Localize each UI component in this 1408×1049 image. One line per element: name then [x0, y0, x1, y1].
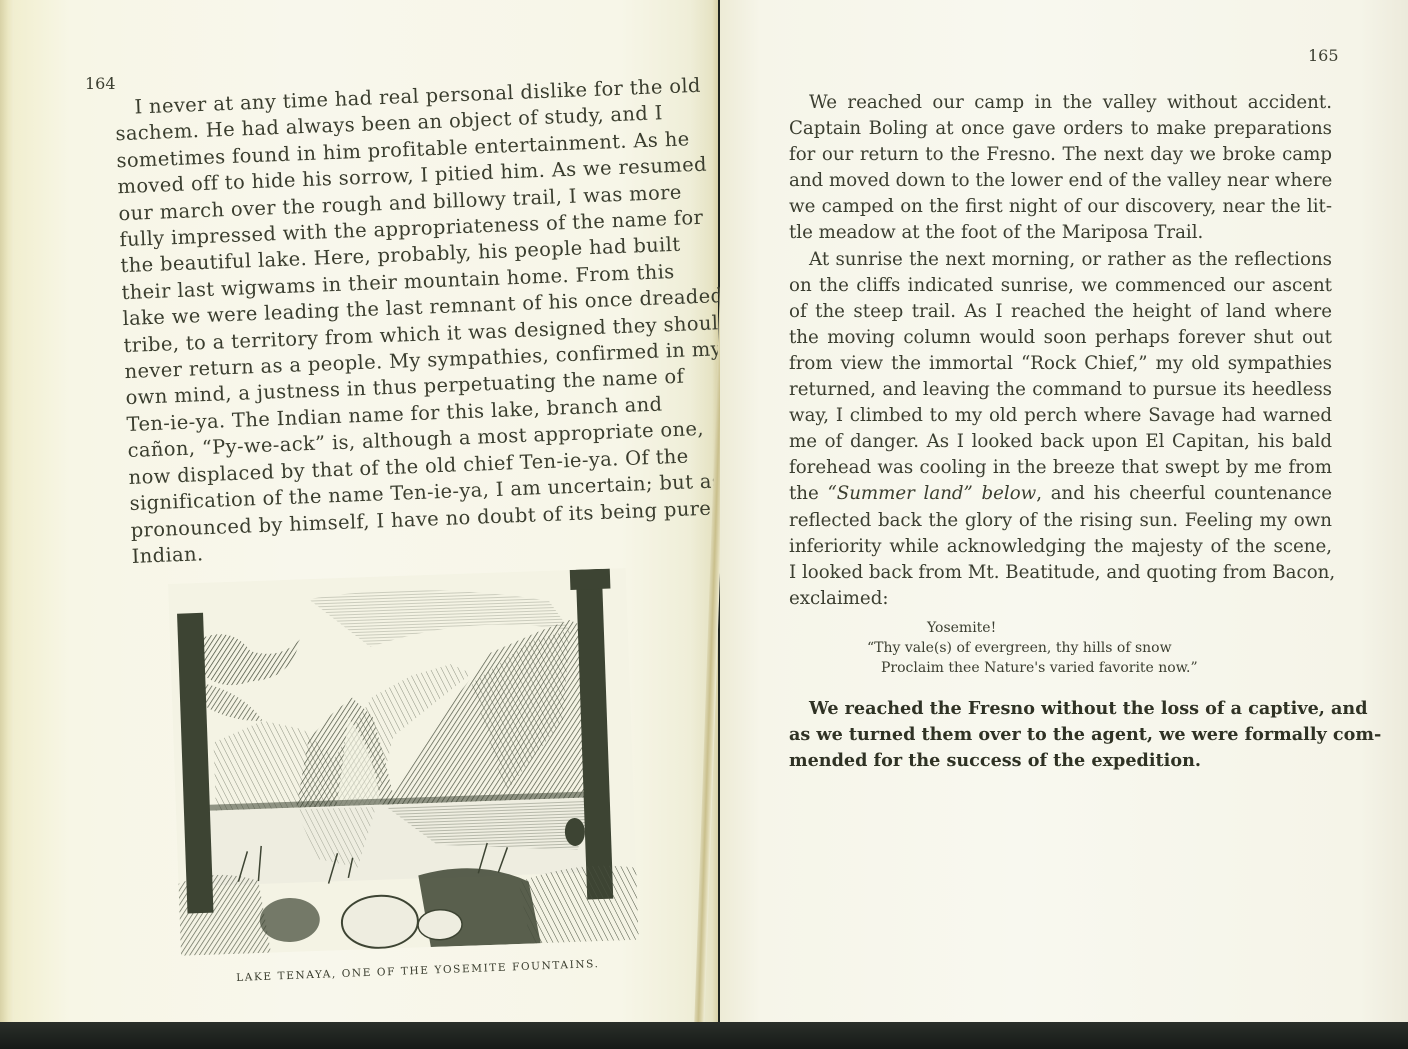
page-number-left: 164 — [85, 74, 116, 93]
text-fragment: the — [789, 483, 827, 504]
figure-caption: LAKE TENAYA, ONE OF THE YOSEMITE FOUNTAI… — [236, 959, 576, 984]
text-line: way, I climbed to my old perch where Sav… — [789, 403, 1332, 429]
poem-line: Proclaim thee Nature's varied favorite n… — [789, 658, 1332, 678]
paragraph-3-container: We reached the Fresno without the loss o… — [789, 696, 1332, 774]
text-line: of the steep trail. As I reached the hei… — [789, 299, 1332, 325]
poem-quote: Yosemite! “Thy vale(s) of evergreen, thy… — [789, 618, 1332, 678]
text-line: and moved down to the lower end of the v… — [789, 168, 1332, 194]
text-line: from view the immortal “Rock Chief,” my … — [789, 351, 1332, 377]
text-line: returned, and leaving the command to pur… — [789, 377, 1332, 403]
text-line: mended for the success of the expedition… — [789, 748, 1332, 774]
text-line: At sunrise the next morning, or rather a… — [789, 247, 1332, 273]
text-line: on the cliffs indicated sunrise, we comm… — [789, 273, 1332, 299]
text-line: We reached our camp in the valley withou… — [789, 90, 1332, 116]
left-page-paragraph: I never at any time had real personal di… — [96, 75, 664, 571]
paragraph-2: At sunrise the next morning, or rather a… — [789, 247, 1332, 612]
page-edge — [0, 0, 14, 1030]
text-line: inferiority while acknowledging the maje… — [789, 534, 1332, 560]
text-line: for our return to the Fresno. The next d… — [789, 142, 1332, 168]
text-line: I looked back from Mt. Beatitude, and qu… — [789, 560, 1332, 586]
text-line: the moving column would soon perhaps for… — [789, 325, 1332, 351]
poem-line: Yosemite! — [789, 618, 1332, 638]
left-page: 164 I never at any time had real persona… — [0, 0, 718, 1030]
paragraph-1: We reached our camp in the valley withou… — [789, 90, 1332, 247]
text-line: me of danger. As I looked back upon El C… — [789, 429, 1332, 455]
text-line: forehead was cooling in the breeze that … — [789, 455, 1332, 481]
text-line: as we turned them over to the agent, we … — [789, 722, 1332, 748]
book-spread: 164 I never at any time had real persona… — [0, 0, 1408, 1030]
lake-tenaya-illustration — [168, 568, 639, 956]
text-fragment: , and his cheerful countenance — [1036, 483, 1332, 504]
page-number-right: 165 — [1308, 46, 1339, 65]
text-line-with-italic: the “Summer land” below, and his cheerfu… — [789, 481, 1332, 507]
engraving-image — [168, 568, 639, 956]
right-page-text: We reached our camp in the valley withou… — [789, 90, 1332, 774]
poem-line: “Thy vale(s) of evergreen, thy hills of … — [789, 638, 1332, 658]
text-line: Captain Boling at once gave orders to ma… — [789, 116, 1332, 142]
text-line: exclaimed: — [789, 586, 1332, 612]
scanner-background — [0, 1022, 1408, 1049]
text-line: we camped on the first night of our disc… — [789, 194, 1332, 220]
italic-phrase: “Summer land” below — [827, 483, 1036, 504]
paragraph-3: We reached the Fresno without the loss o… — [789, 696, 1332, 774]
text-line: tle meadow at the foot of the Mariposa T… — [789, 220, 1332, 246]
text-line: We reached the Fresno without the loss o… — [789, 696, 1332, 722]
text-line: reflected back the glory of the rising s… — [789, 508, 1332, 534]
